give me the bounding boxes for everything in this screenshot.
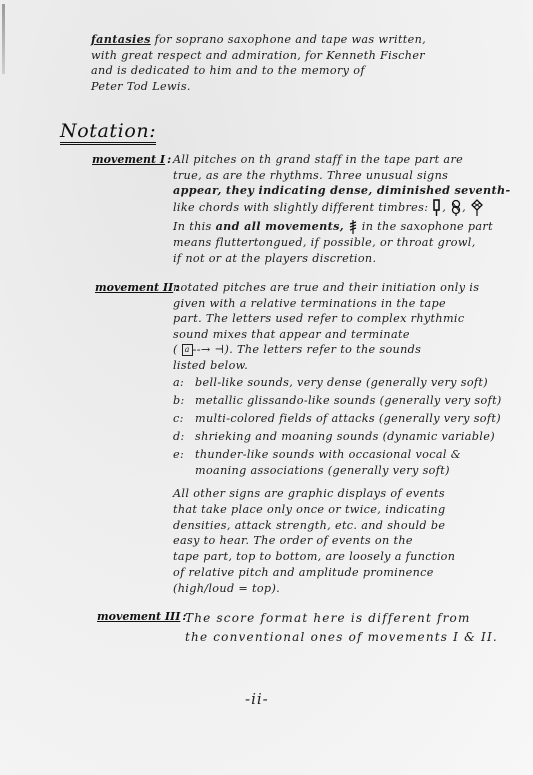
sound-item-a: a:bell-like sounds, very dense (generall… <box>173 375 493 391</box>
sound-item-d: d:shrieking and moaning sounds (dynamic … <box>173 429 493 445</box>
movement-2-label: movement II: <box>95 280 179 296</box>
dedication-line-2: with great respect and admiration, for K… <box>91 48 491 64</box>
dedication-line-1: fantasies for soprano saxophone and tape… <box>91 32 491 48</box>
manuscript-page: fantasies for soprano saxophone and tape… <box>0 0 533 775</box>
movement-3-text: The score format here is different from … <box>185 609 505 647</box>
sound-item-c: c:multi-colored fields of attacks (gener… <box>173 411 493 427</box>
notation-heading: Notation: <box>60 120 156 145</box>
sound-item-b: b:metallic glissando-like sounds (genera… <box>173 393 493 409</box>
movement-3-label: movement III: <box>97 609 186 625</box>
chord-sign-2-icon <box>451 199 461 217</box>
sound-item-e: e:thunder-like sounds with occasional vo… <box>173 447 493 463</box>
chord-sign-3-icon <box>471 199 483 217</box>
boxed-letter-sign: a <box>182 344 193 356</box>
movement-1-label: movement I: <box>92 152 171 168</box>
other-signs-paragraph: All other signs are graphic displays of … <box>173 486 493 597</box>
dedication-paragraph: fantasies for soprano saxophone and tape… <box>91 32 491 94</box>
movement-1-text: All pitches on th grand staff in the tap… <box>173 152 493 217</box>
timbres-line: like chords with slightly different timb… <box>173 199 493 217</box>
flutter-tongue-icon <box>349 219 357 235</box>
flutter-tongue-note: In this and all movements, in the saxoph… <box>173 219 493 266</box>
sound-item-e-continued: moaning associations (generally very sof… <box>173 463 493 479</box>
dedication-line-3: and is dedicated to him and to the memor… <box>91 63 491 79</box>
work-title: fantasies <box>91 32 151 46</box>
scan-edge-shadow <box>2 4 5 74</box>
box-notation-line: ( a--→ ⊣). The letters refer to the soun… <box>173 342 493 358</box>
chord-sign-1-icon <box>433 199 441 217</box>
dedication-line-4: Peter Tod Lewis. <box>91 79 491 95</box>
termination-arrow: --→ ⊣ <box>193 343 225 356</box>
page-number: -ii- <box>245 690 269 708</box>
movement-2-text: notated pitches are true and their initi… <box>173 280 493 373</box>
sound-legend-list: a:bell-like sounds, very dense (generall… <box>173 375 493 481</box>
